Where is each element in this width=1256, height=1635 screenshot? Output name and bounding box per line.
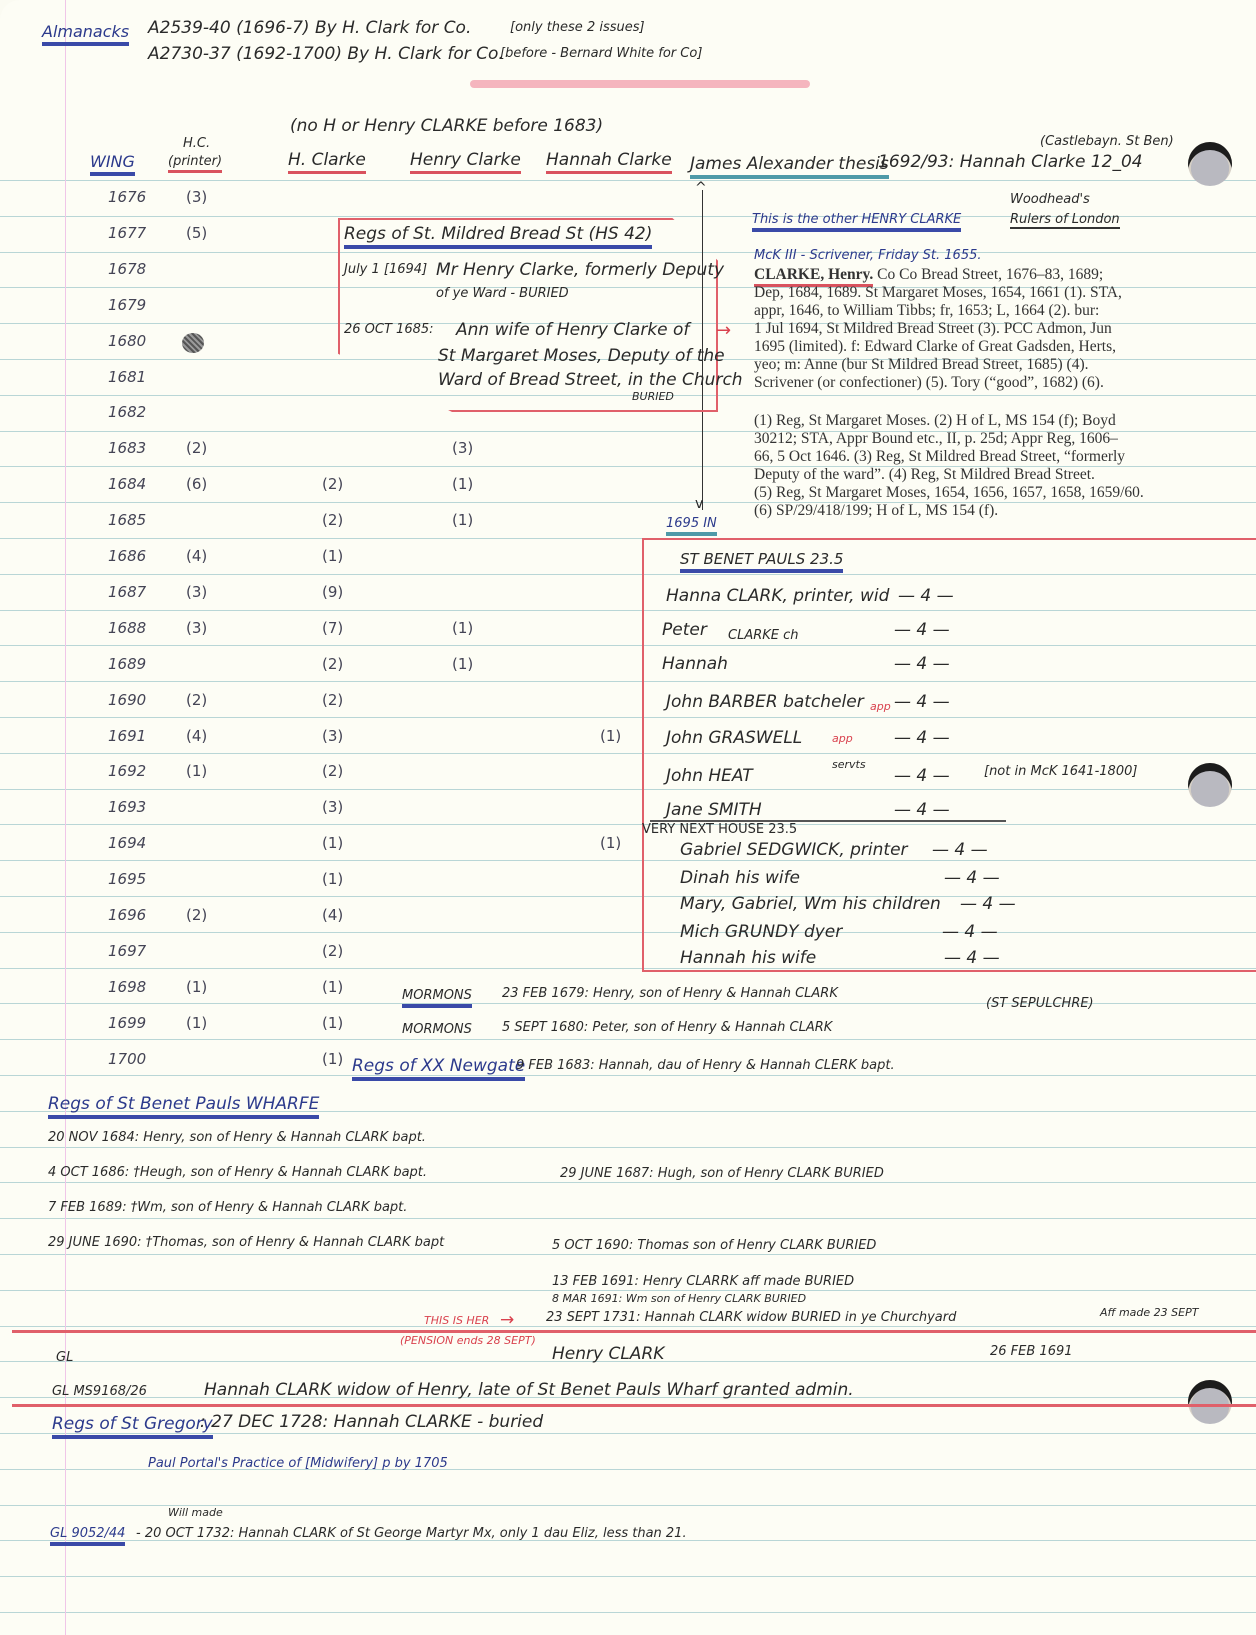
ruled-line bbox=[0, 1612, 1256, 1613]
year-label: 1693 bbox=[108, 798, 146, 816]
year-label: 1692 bbox=[108, 762, 146, 780]
printed-line: yeo; m: Anne (bur St Mildred Bread Stree… bbox=[754, 356, 1194, 374]
pink-highlight bbox=[470, 80, 810, 88]
will-label: GL 9052/44 bbox=[50, 1526, 125, 1546]
gl-date: 26 FEB 1691 bbox=[990, 1344, 1073, 1359]
census-name: John BARBER batcheler bbox=[666, 692, 864, 712]
mildred-entry1-line2: of ye Ward - BURIED bbox=[436, 286, 569, 301]
ruled-line bbox=[0, 1254, 1256, 1255]
count-h: 1 bbox=[322, 834, 343, 852]
ruled-line bbox=[0, 1075, 1256, 1076]
count-hc: 1 bbox=[186, 1014, 207, 1032]
count-henry: 1 bbox=[452, 619, 473, 637]
burial-entry: 13 FEB 1691: Henry CLARRK aff made BURIE… bbox=[552, 1274, 854, 1289]
census-title: ST BENET PAULS 23.5 bbox=[680, 550, 843, 573]
mormons-entry: 5 SEPT 1680: Peter, son of Henry & Hanna… bbox=[502, 1020, 832, 1035]
count-henry: 1 bbox=[452, 655, 473, 673]
printed-line: appr, 1646, to William Tibbs; fr, 1653; … bbox=[754, 302, 1194, 320]
printed-note-line: 30212; STA, Appr Bound etc., II, p. 25d;… bbox=[754, 430, 1194, 448]
year-label: 1694 bbox=[108, 834, 146, 852]
this-is-her-note: THIS IS HER bbox=[424, 1314, 489, 1327]
newgate-label: Regs of XX Newgate bbox=[352, 1056, 525, 1081]
year-label: 1680 bbox=[108, 332, 146, 350]
count-henry: 1 bbox=[452, 511, 473, 529]
printed-entry: CLARKE, Henry. Co Co Bread Street, 1676–… bbox=[754, 266, 1194, 392]
count-h: 2 bbox=[322, 655, 343, 673]
column-hc-bottom: (printer) bbox=[168, 154, 222, 173]
count-henry: 3 bbox=[452, 439, 473, 457]
year-label: 1697 bbox=[108, 942, 146, 960]
census-year-label: 1695 IN bbox=[666, 516, 717, 536]
count-hc: 4 bbox=[186, 727, 207, 745]
year-label: 1689 bbox=[108, 655, 146, 673]
mildred-entry2-line2: St Margaret Moses, Deputy of the bbox=[438, 346, 725, 366]
year-label: 1678 bbox=[108, 260, 146, 278]
gl-label: GL bbox=[56, 1350, 73, 1365]
count-hc: 3 bbox=[186, 619, 207, 637]
burial-entry: 29 JUNE 1687: Hugh, son of Henry CLARK B… bbox=[560, 1166, 884, 1181]
census-name: Hannah bbox=[662, 654, 728, 674]
census-name: John HEAT bbox=[666, 766, 753, 786]
count-h: 9 bbox=[322, 583, 343, 601]
year-label: 1681 bbox=[108, 368, 146, 386]
count-hc: 1 bbox=[186, 762, 207, 780]
count-hc: 2 bbox=[186, 691, 207, 709]
count-h: 1 bbox=[322, 1050, 343, 1068]
next-house-name: Mary, Gabriel, Wm his children bbox=[680, 894, 941, 914]
mck-note: McK III - Scrivener, Friday St. 1655. bbox=[754, 248, 982, 263]
year-label: 1686 bbox=[108, 547, 146, 565]
printed-line: 1695 (limited). f: Edward Clarke of Grea… bbox=[754, 338, 1194, 356]
mildred-entry1-date: July 1 [1694] bbox=[344, 262, 427, 277]
next-house-count: — 4 — bbox=[944, 868, 1000, 888]
printed-note-line: (5) Reg, St Margaret Moses, 1654, 1656, … bbox=[754, 484, 1194, 502]
thesis-note: (Castlebayn. St Ben) bbox=[1040, 134, 1174, 149]
census-name: Hanna CLARK, printer, wid bbox=[666, 586, 889, 606]
count-hannah: 1 bbox=[600, 834, 621, 852]
census-count: — 4 — bbox=[898, 586, 954, 606]
other-henry-label: This is the other HENRY CLARKE bbox=[752, 212, 961, 232]
children-brace-note: CLARKE ch bbox=[728, 628, 799, 643]
newgate-text: 9 FEB 1683: Hannah, dau of Henry & Hanna… bbox=[516, 1058, 895, 1073]
mildred-entry2-line4: BURIED bbox=[632, 390, 674, 403]
count-hc: 5 bbox=[186, 224, 207, 242]
year-label: 1699 bbox=[108, 1014, 146, 1032]
count-hc: 3 bbox=[186, 188, 207, 206]
census-name: Peter bbox=[662, 620, 707, 640]
benet-wharfe-title: Regs of St Benet Pauls WHARFE bbox=[48, 1094, 319, 1119]
ruled-line bbox=[0, 1218, 1256, 1219]
will-note: Will made bbox=[168, 1506, 223, 1519]
mormons-entry: 23 FEB 1679: Henry, son of Henry & Hanna… bbox=[502, 986, 838, 1001]
year-label: 1687 bbox=[108, 583, 146, 601]
year-label: 1698 bbox=[108, 978, 146, 996]
ruled-line bbox=[0, 1182, 1256, 1183]
count-h: 1 bbox=[322, 547, 343, 565]
almanacks-label: Almanacks bbox=[42, 22, 129, 46]
source-title: Rulers of London bbox=[1010, 212, 1120, 229]
ruled-line bbox=[0, 1039, 1256, 1040]
portal-note: Paul Portal's Practice of [Midwifery] p … bbox=[148, 1456, 448, 1471]
column-wing: WING bbox=[90, 152, 135, 176]
next-house-name: Hannah his wife bbox=[680, 948, 816, 968]
count-hc: 4 bbox=[186, 547, 207, 565]
year-label: 1695 bbox=[108, 870, 146, 888]
mildred-entry2-line3: Ward of Bread Street, in the Church bbox=[438, 370, 743, 390]
next-house-name: Dinah his wife bbox=[680, 868, 800, 888]
burial-entry: 8 MAR 1691: Wm son of Henry CLARK BURIED bbox=[552, 1292, 806, 1305]
count-h: 3 bbox=[322, 727, 343, 745]
year-label: 1682 bbox=[108, 403, 146, 421]
column-h-clarke: H. Clarke bbox=[288, 150, 366, 174]
next-house-count: — 4 — bbox=[942, 922, 998, 942]
count-hc: 2 bbox=[186, 439, 207, 457]
count-h: 2 bbox=[322, 475, 343, 493]
red-divider bbox=[12, 1404, 1256, 1407]
red-divider bbox=[12, 1330, 1256, 1333]
baptism-entry: 29 JUNE 1690: †Thomas, son of Henry & Ha… bbox=[48, 1235, 444, 1250]
printed-note-line: 66, 5 Oct 1646. (3) Reg, St Mildred Brea… bbox=[754, 448, 1194, 466]
app-note-1: app bbox=[870, 700, 891, 713]
count-h: 1 bbox=[322, 1014, 343, 1032]
mildred-entry2-line1: Ann wife of Henry Clarke of bbox=[456, 320, 689, 340]
printed-line: Dep, 1684, 1689. St Margaret Moses, 1654… bbox=[754, 284, 1194, 302]
year-label: 1677 bbox=[108, 224, 146, 242]
gl-ms-label: GL MS9168/26 bbox=[52, 1384, 147, 1399]
printed-note-line: (1) Reg, St Margaret Moses. (2) H of L, … bbox=[754, 412, 1194, 430]
baptism-entry: 4 OCT 1686: †Heugh, son of Henry & Hanna… bbox=[48, 1165, 427, 1180]
count-hc: 3 bbox=[186, 583, 207, 601]
count-h: 2 bbox=[322, 511, 343, 529]
year-label: 1684 bbox=[108, 475, 146, 493]
arrow-right-icon: → bbox=[716, 320, 731, 341]
aff-note: Aff made 23 SEPT bbox=[1100, 1306, 1198, 1319]
printed-note-line: (6) SP/29/418/199; H of L, MS 154 (f). bbox=[754, 502, 1194, 520]
mormons-label: MORMONS bbox=[402, 1022, 472, 1037]
almanack-line-1-note: [only these 2 issues] bbox=[510, 20, 645, 35]
printed-notes: (1) Reg, St Margaret Moses. (2) H of L, … bbox=[754, 412, 1194, 520]
mildred-entry1-line1: Mr Henry Clarke, formerly Deputy bbox=[436, 260, 724, 280]
app-note-2: app bbox=[832, 732, 853, 745]
count-hc: 2 bbox=[186, 906, 207, 924]
notebook-page: Almanacks A2539-40 (1696-7) By H. Clark … bbox=[0, 0, 1256, 1635]
gregory-label: Regs of St Gregory bbox=[52, 1414, 213, 1439]
year-label: 1700 bbox=[108, 1050, 146, 1068]
year-label: 1676 bbox=[108, 188, 146, 206]
punch-hole bbox=[1188, 1380, 1232, 1424]
burial-entry: 5 OCT 1690: Thomas son of Henry CLARK BU… bbox=[552, 1238, 876, 1253]
sepulchre-note: (ST SEPULCHRE) bbox=[986, 996, 1094, 1011]
count-h: 2 bbox=[322, 762, 343, 780]
census-name: John GRASWELL bbox=[666, 728, 802, 748]
column-hannah-clarke: Hannah Clarke bbox=[546, 150, 672, 174]
will-text: - 20 OCT 1732: Hannah CLARK of St George… bbox=[136, 1526, 687, 1541]
printed-line: CLARKE, Henry. Co Co Bread Street, 1676–… bbox=[754, 266, 1194, 284]
ruled-line bbox=[0, 1576, 1256, 1577]
arrow-down-icon: v bbox=[695, 496, 703, 512]
gregory-text: : 27 DEC 1728: Hannah CLARKE - buried bbox=[200, 1412, 543, 1432]
ruled-line bbox=[0, 1290, 1256, 1291]
printed-line: 1 Jul 1694, St Mildred Bread Street (3).… bbox=[754, 320, 1194, 338]
count-hc: 6 bbox=[186, 475, 207, 493]
count-h: 3 bbox=[322, 798, 343, 816]
punch-hole bbox=[1188, 142, 1232, 186]
census-count: — 4 — bbox=[894, 654, 950, 674]
census-count: — 4 — bbox=[894, 800, 950, 820]
scribbled-entry bbox=[182, 333, 204, 353]
ruled-line bbox=[0, 1326, 1256, 1327]
column-henry-clarke: Henry Clarke bbox=[410, 150, 521, 174]
census-count: — 4 — bbox=[894, 728, 950, 748]
census-name: Jane SMITH bbox=[666, 800, 762, 820]
next-house-count: — 4 — bbox=[932, 840, 988, 860]
gl-name: Henry CLARK bbox=[552, 1344, 664, 1364]
source-top: Woodhead's bbox=[1010, 192, 1090, 207]
baptism-entry: 7 FEB 1689: †Wm, son of Henry & Hannah C… bbox=[48, 1200, 407, 1215]
count-h: 1 bbox=[322, 870, 343, 888]
no-henry-note: (no H or Henry CLARKE before 1683) bbox=[290, 116, 603, 136]
count-h: 2 bbox=[322, 942, 343, 960]
year-label: 1688 bbox=[108, 619, 146, 637]
almanack-line-1: A2539-40 (1696-7) By H. Clark for Co. bbox=[148, 18, 471, 38]
arrow-up-icon: ^ bbox=[695, 180, 707, 196]
census-count: — 4 — bbox=[894, 620, 950, 640]
count-h: 1 bbox=[322, 978, 343, 996]
count-henry: 1 bbox=[452, 475, 473, 493]
next-house-count: — 4 — bbox=[960, 894, 1016, 914]
not-in-mck-note: [not in McK 1641-1800] bbox=[984, 764, 1137, 779]
count-hc: 1 bbox=[186, 978, 207, 996]
baptism-entry: 20 NOV 1684: Henry, son of Henry & Hanna… bbox=[48, 1130, 426, 1145]
servants-note: servts bbox=[832, 758, 866, 771]
year-label: 1679 bbox=[108, 296, 146, 314]
next-house-label: VERY NEXT HOUSE 23.5 bbox=[642, 822, 797, 837]
printed-line: Scrivener (or confectioner) (5). Tory (“… bbox=[754, 374, 1194, 392]
count-h: 4 bbox=[322, 906, 343, 924]
next-house-name: Gabriel SEDGWICK, printer bbox=[680, 840, 908, 860]
printed-note-line: Deputy of the ward”. (4) Reg, St Mildred… bbox=[754, 466, 1194, 484]
next-house-name: Mich GRUNDY dyer bbox=[680, 922, 842, 942]
burial-entry: 23 SEPT 1731: Hannah CLARK widow BURIED … bbox=[546, 1310, 956, 1325]
year-label: 1691 bbox=[108, 727, 146, 745]
count-hannah: 1 bbox=[600, 727, 621, 745]
count-h: 2 bbox=[322, 691, 343, 709]
census-count: — 4 — bbox=[894, 766, 950, 786]
ruled-line bbox=[0, 180, 1256, 181]
almanack-line-2-note: [before - Bernard White for Co] bbox=[500, 46, 702, 61]
pension-note: (PENSION ends 28 SEPT) bbox=[400, 1334, 536, 1347]
count-h: 7 bbox=[322, 619, 343, 637]
thesis-label: James Alexander thesis bbox=[690, 154, 889, 179]
year-label: 1683 bbox=[108, 439, 146, 457]
mormons-label: MORMONS bbox=[402, 988, 472, 1008]
column-hc-top: H.C. bbox=[183, 136, 210, 151]
thesis-text: 1692/93: Hannah Clarke 12_04 bbox=[878, 152, 1143, 172]
year-label: 1690 bbox=[108, 691, 146, 709]
mildred-entry2-date: 26 OCT 1685: bbox=[344, 322, 434, 337]
almanack-line-2: A2730-37 (1692-1700) By H. Clark for Co. bbox=[148, 44, 504, 64]
year-label: 1696 bbox=[108, 906, 146, 924]
ruled-line bbox=[0, 1147, 1256, 1148]
year-label: 1685 bbox=[108, 511, 146, 529]
next-house-count: — 4 — bbox=[944, 948, 1000, 968]
gl-ms-text: Hannah CLARK widow of Henry, late of St … bbox=[204, 1380, 854, 1400]
arrow-right-icon: → bbox=[500, 1310, 514, 1330]
census-count: — 4 — bbox=[894, 692, 950, 712]
mildred-title: Regs of St. Mildred Bread St (HS 42) bbox=[344, 224, 652, 249]
